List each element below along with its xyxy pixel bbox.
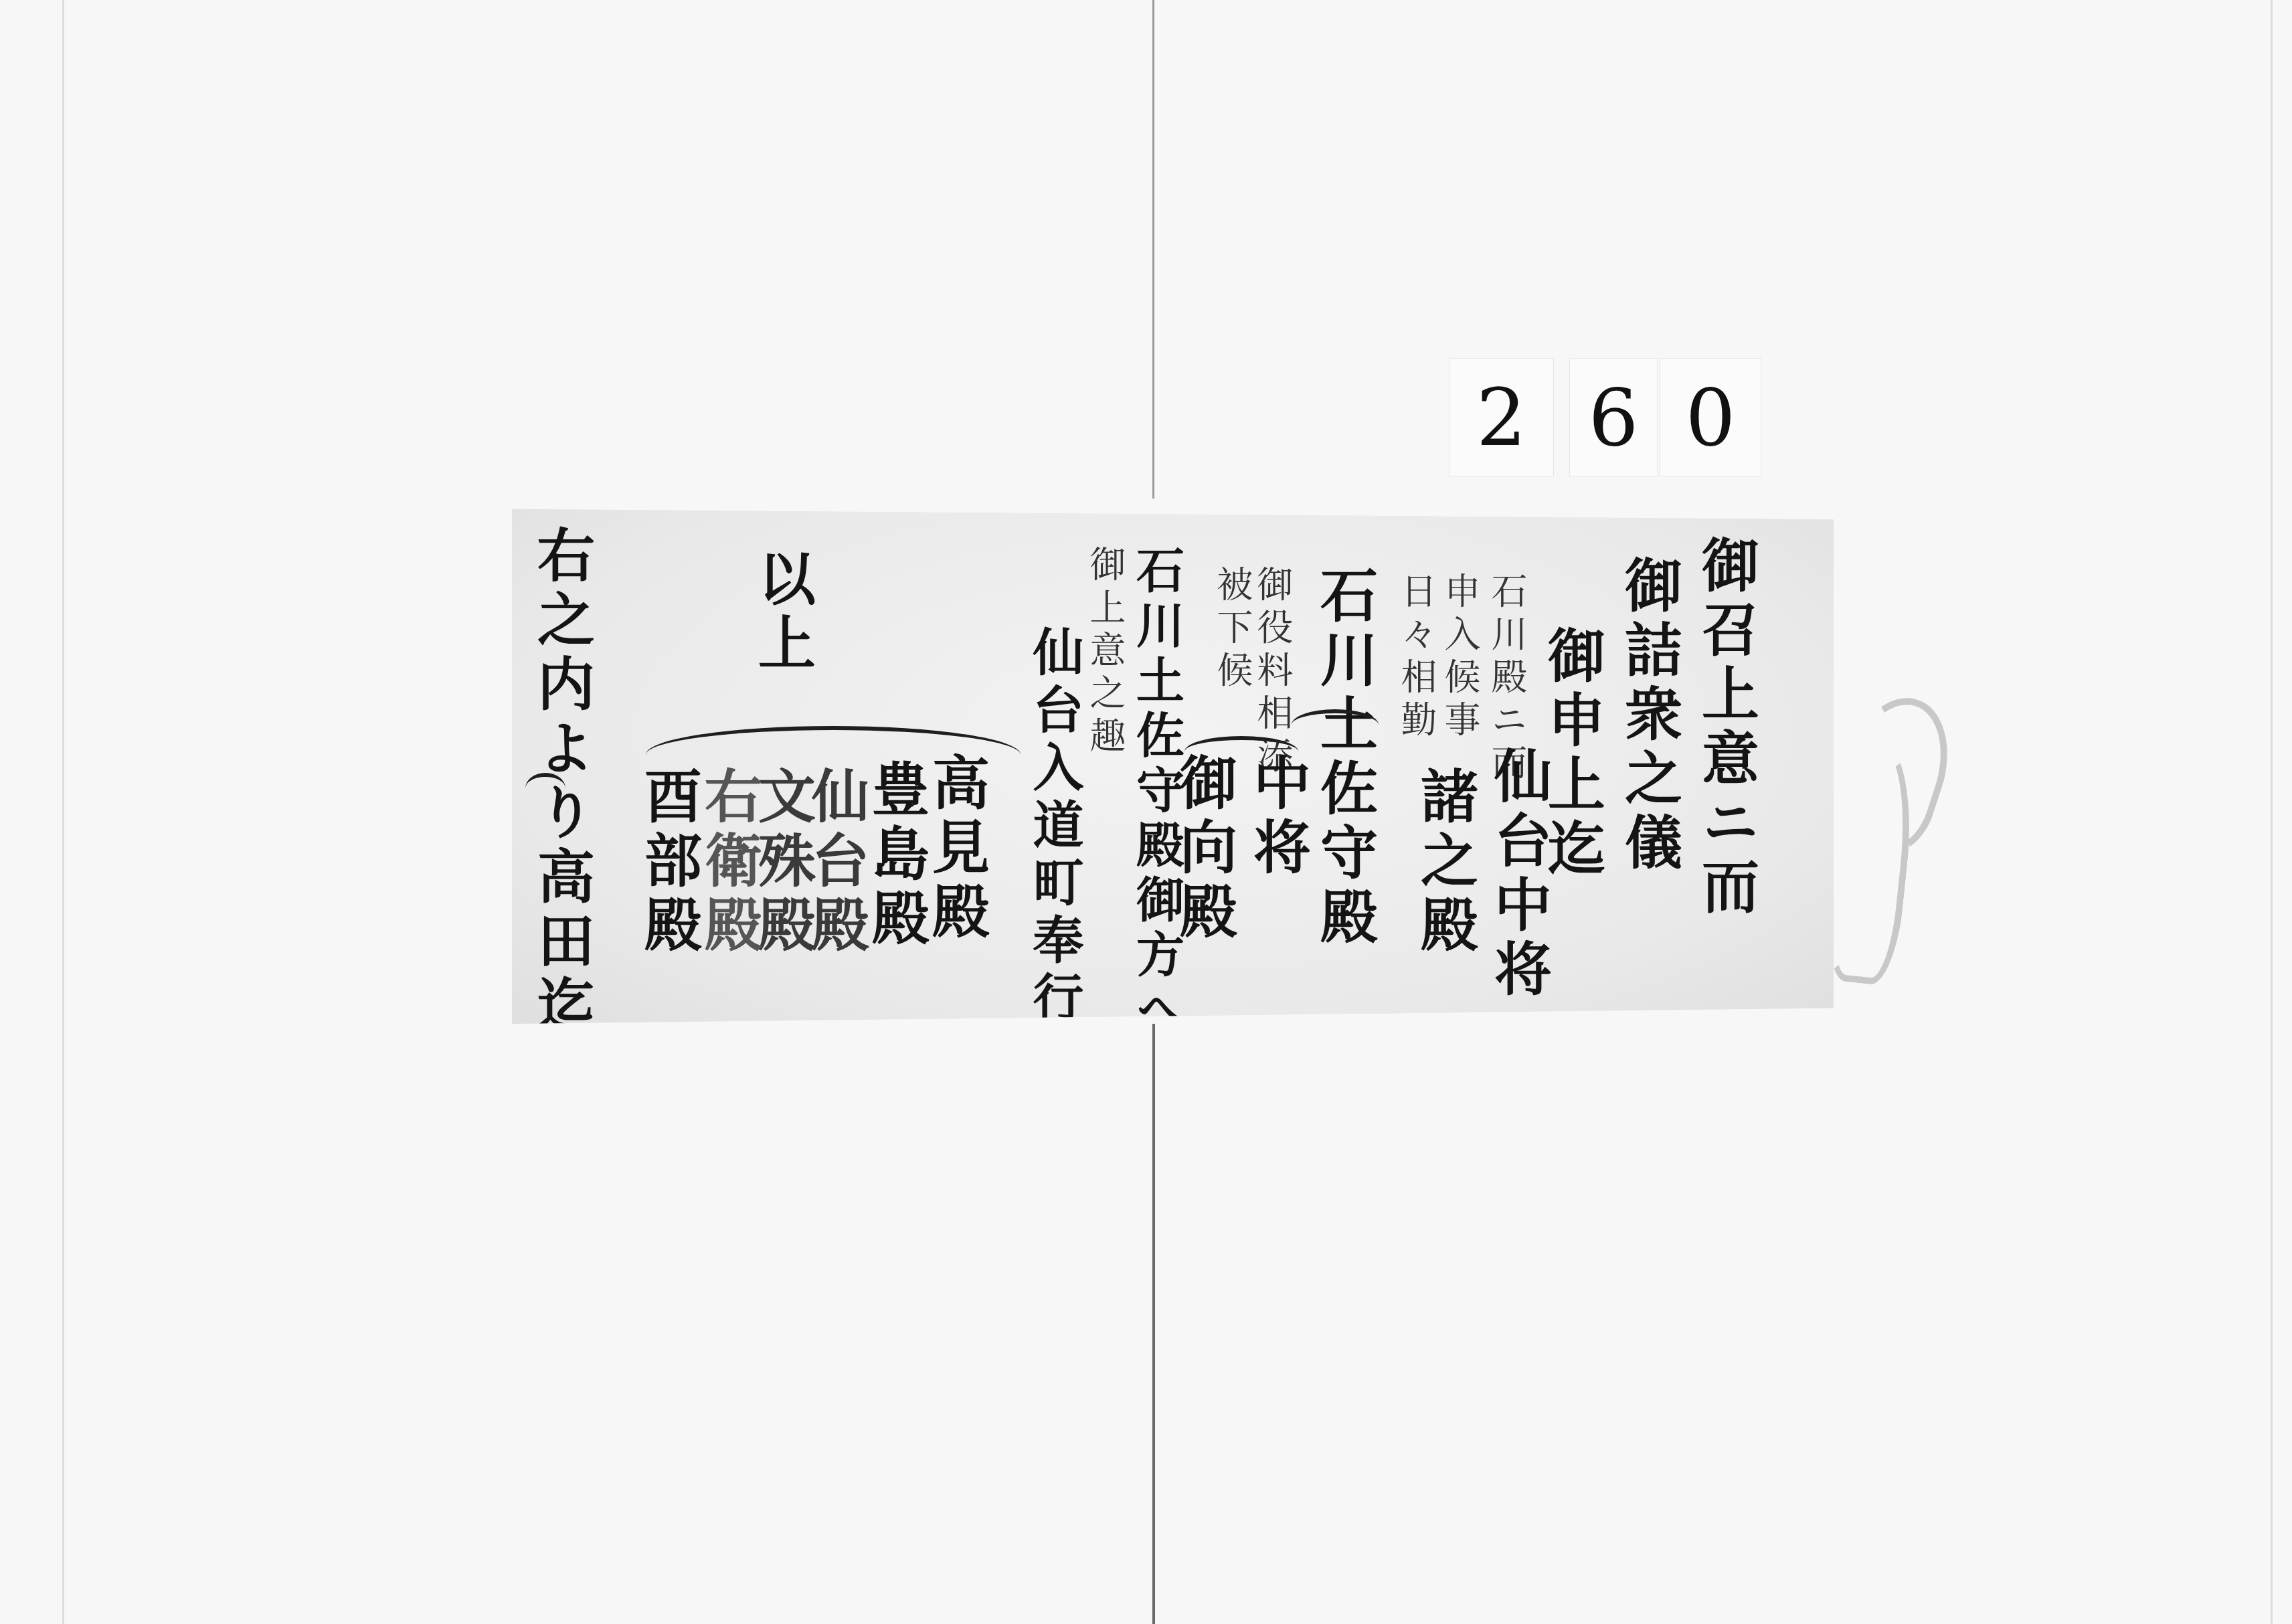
- text-column: 日々相勤: [1391, 572, 1442, 743]
- center-fold-top: [1152, 0, 1154, 499]
- text-column: 石川土佐守殿御方へ: [1122, 545, 1191, 1039]
- manuscript-sheet: 御召上意ニ而 御詰衆之儀 御申上迄 石川殿ニ而 申入候事 日々相勤 仙台中将 諸…: [512, 499, 1834, 1024]
- right-binding-line: [2271, 0, 2273, 1624]
- text-column: 仙台中将: [1476, 746, 1559, 1003]
- text-column: 被下候: [1207, 565, 1258, 694]
- text-column: 諸之殿: [1403, 766, 1486, 959]
- text-column: 御召上意ニ而: [1684, 535, 1767, 921]
- grouping-bracket-arc: [525, 773, 565, 804]
- grouping-bracket-arc: [1292, 709, 1379, 740]
- text-column: 御詰衆之儀: [1607, 555, 1690, 877]
- text-column: 以上: [740, 549, 823, 677]
- page-number-digit: 6: [1569, 358, 1658, 476]
- page-number-digit: 2: [1449, 358, 1554, 476]
- grouping-bracket-arc: [646, 726, 1021, 784]
- grouping-bracket-arc: [1184, 736, 1298, 767]
- center-fold-bottom: [1152, 1024, 1155, 1624]
- text-column: 中将: [1235, 753, 1318, 881]
- page-number-digit: 0: [1660, 358, 1761, 476]
- text-column: 仙台入道町奉行: [1018, 626, 1091, 1028]
- text-column: 酉部殿: [626, 766, 709, 959]
- left-binding-line: [62, 0, 64, 1624]
